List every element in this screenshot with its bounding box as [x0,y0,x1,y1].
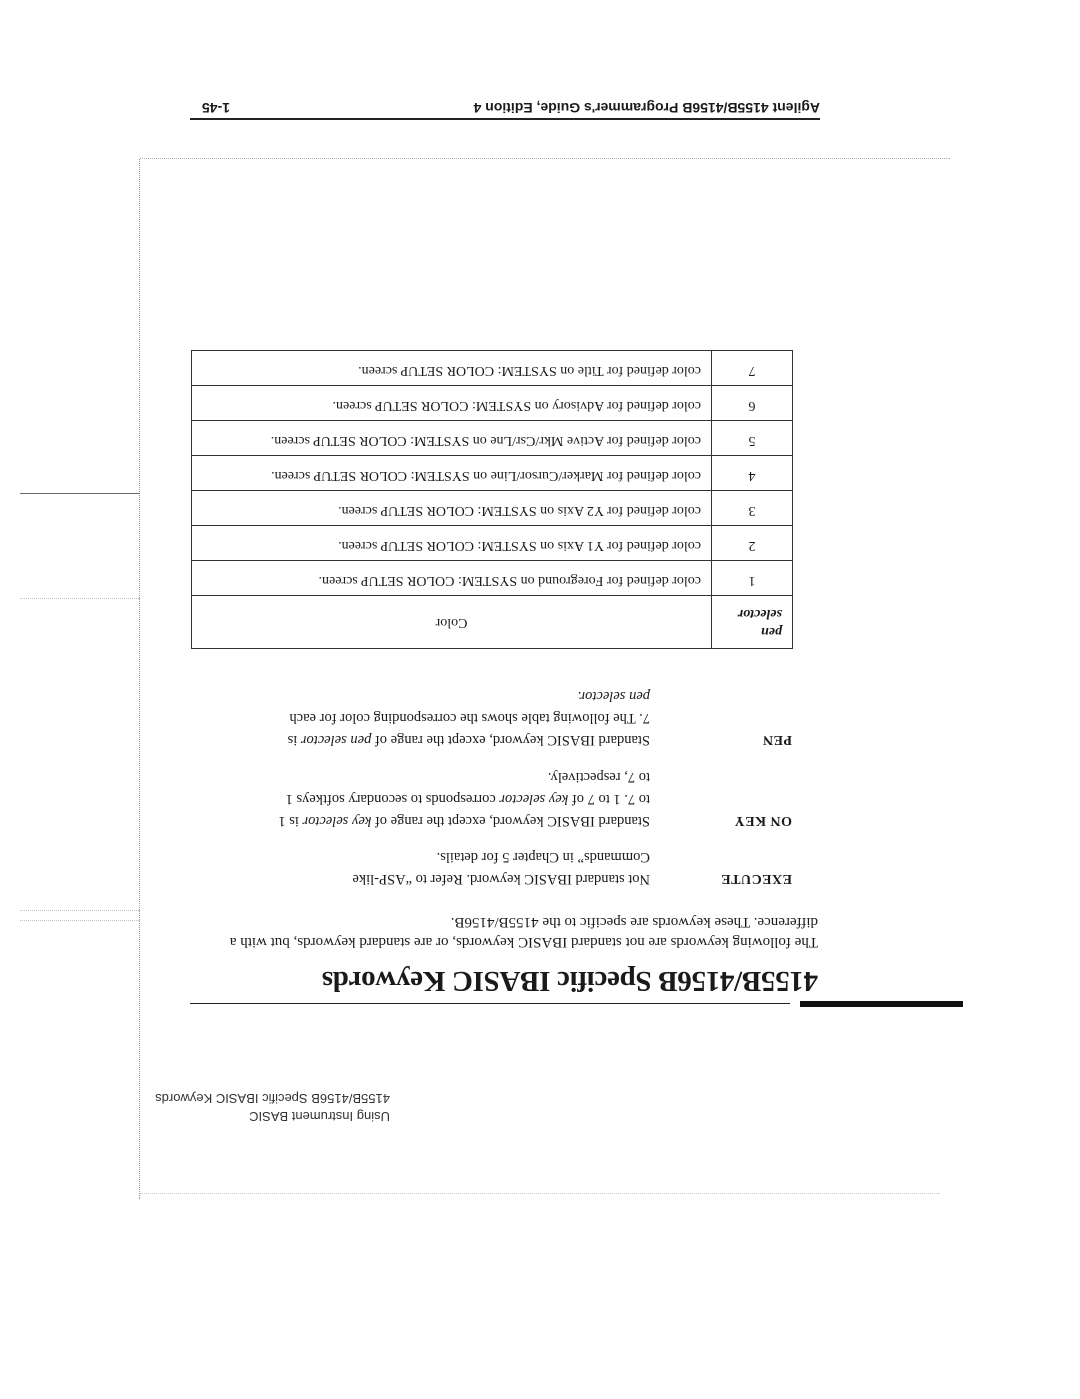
column-header-pen-selector: penselector [712,596,793,649]
table-header-row: penselector Color [192,596,793,649]
pen-selector-cell: 2 [712,526,793,561]
keyword-pen-description: Standard IBASIC keyword, except the rang… [180,685,650,751]
column-header-color: Color [192,596,712,649]
pen-selector-cell: 6 [712,386,793,421]
section-rule [190,1003,790,1004]
color-cell: color defined for Title on SYSTEM: COLOR… [192,351,712,386]
scan-mark [20,910,140,911]
keyword-execute-description: Not standard IBASIC keyword. Refer to “A… [180,846,650,890]
breadcrumb-section: 4155B/4156B Specific IBASIC Keywords [155,1089,390,1107]
color-cell: color defined for Active Mkr/Csr/Lne on … [192,421,712,456]
table-row: 6color defined for Advisory on SYSTEM: C… [192,386,793,421]
scan-border-vertical [139,159,140,1199]
table-row: 5color defined for Active Mkr/Csr/Lne on… [192,421,793,456]
table-row: 1color defined for Foreground on SYSTEM:… [192,561,793,596]
color-cell: color defined for Foreground on SYSTEM: … [192,561,712,596]
page-number: 1-45 [202,100,230,116]
color-cell: color defined for Advisory on SYSTEM: CO… [192,386,712,421]
scan-mark [20,493,140,494]
breadcrumb: Using Instrument BASIC 4155B/4156B Speci… [155,1089,390,1125]
scan-mark [20,920,140,921]
scan-border-top [140,158,950,159]
table-row: 3color defined for Y2 Axis on SYSTEM: CO… [192,491,793,526]
section-marker-bar [800,1001,963,1007]
pen-selector-cell: 5 [712,421,793,456]
pen-selector-cell: 3 [712,491,793,526]
footer-rule [190,118,820,120]
table-row: 4color defined for Marker/Cursor/Line on… [192,456,793,491]
pen-color-table: penselector Color 1color defined for For… [191,350,793,649]
scan-border-bottom [140,1193,940,1194]
table-row: 7color defined for Title on SYSTEM: COLO… [192,351,793,386]
page-title: 4155B/4156B Specific IBASIC Keywords [322,963,818,999]
color-cell: color defined for Marker/Cursor/Line on … [192,456,712,491]
color-cell: color defined for Y2 Axis on SYSTEM: COL… [192,491,712,526]
table-row: 2color defined for Y1 Axis on SYSTEM: CO… [192,526,793,561]
intro-paragraph: The following keywords are not standard … [178,912,818,952]
footer-title: Agilent 4155B/4156B Programmer's Guide, … [474,100,820,116]
keyword-execute: EXECUTE [721,870,792,886]
keyword-on-key: ON KEY [734,812,792,828]
pen-selector-cell: 4 [712,456,793,491]
pen-selector-cell: 7 [712,351,793,386]
keyword-pen: PEN [763,731,793,747]
pen-selector-cell: 1 [712,561,793,596]
scan-mark [20,598,140,599]
breadcrumb-chapter: Using Instrument BASIC [155,1107,390,1125]
color-cell: color defined for Y1 Axis on SYSTEM: COL… [192,526,712,561]
document-page: Using Instrument BASIC 4155B/4156B Speci… [0,0,1080,1399]
keyword-on-key-description: Standard IBASIC keyword, except the rang… [180,766,650,832]
